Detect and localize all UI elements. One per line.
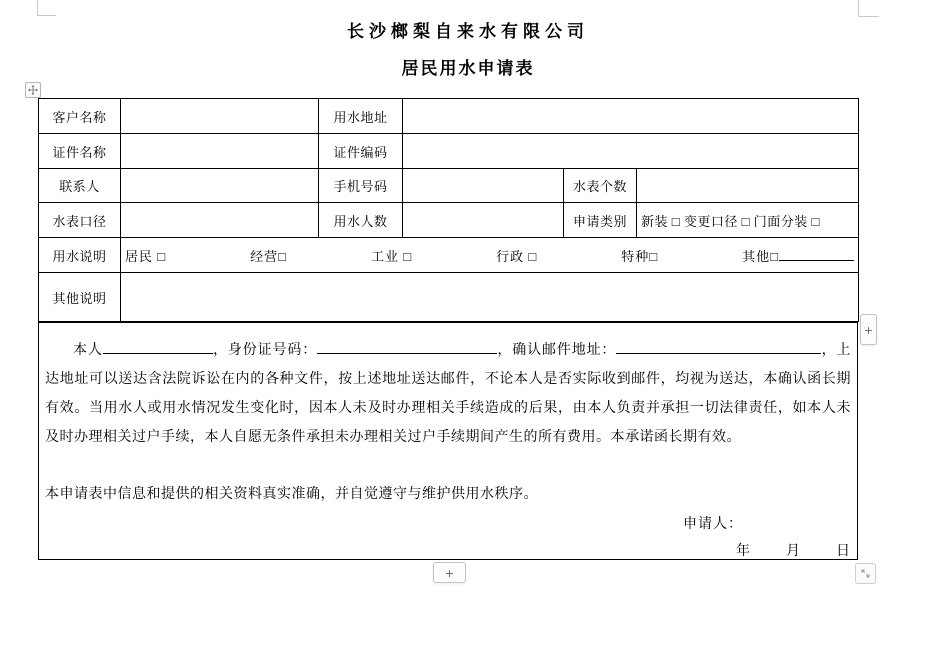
apply-type-label: 申请类别 — [564, 203, 637, 238]
usage-option-business[interactable]: 经营□ — [250, 246, 287, 265]
move-icon — [28, 85, 38, 95]
meter-count-label: 水表个数 — [564, 169, 637, 203]
usage-option-administrative[interactable]: 行政 □ — [496, 246, 537, 265]
form-title: 居民用水申请表 — [0, 54, 936, 79]
usage-options-cell[interactable]: 居民 □ 经营□ 工业 □ 行政 □ 特种□ 其他□ — [121, 238, 859, 273]
id-number-label: ，身份证号码： — [213, 343, 317, 358]
declaration-block: 本人，身份证号码：，确认邮件地址：，上达地址可以送达含法院诉讼在内的各种文件，按… — [38, 322, 858, 560]
applicant-label: 申请人： — [683, 513, 743, 533]
add-column-button[interactable]: + — [860, 314, 877, 345]
usage-option-other-label: 其他□ — [742, 249, 779, 264]
usage-other-blank-line[interactable] — [779, 248, 854, 261]
cert-name-field[interactable] — [121, 134, 319, 169]
date-month-label: 月 — [786, 540, 800, 560]
email-address-label: ，确认邮件地址： — [497, 343, 616, 358]
row-customer: 客户名称 用水地址 — [39, 99, 859, 134]
customer-name-field[interactable] — [121, 99, 319, 134]
table-move-handle[interactable] — [25, 82, 41, 98]
mobile-field[interactable] — [403, 169, 564, 203]
customer-name-label: 客户名称 — [39, 99, 121, 134]
add-row-button[interactable]: + — [433, 562, 466, 583]
contact-field[interactable] — [121, 169, 319, 203]
other-desc-field[interactable] — [121, 273, 859, 322]
id-number-blank-line[interactable] — [317, 340, 497, 354]
date-line: 年 月 日 — [736, 540, 850, 560]
resize-icon — [859, 567, 872, 580]
other-desc-label: 其他说明 — [39, 273, 121, 322]
date-year-label: 年 — [736, 540, 750, 560]
apply-type-options[interactable]: 新装 □ 变更口径 □ 门面分装 □ — [637, 203, 859, 238]
margin-mark-top-left — [37, 0, 56, 16]
water-users-field[interactable] — [403, 203, 564, 238]
meter-diameter-label: 水表口径 — [39, 203, 121, 238]
company-title: 长沙榔梨自来水有限公司 — [0, 17, 936, 42]
date-day-label: 日 — [836, 540, 850, 560]
row-usage: 用水说明 居民 □ 经营□ 工业 □ 行政 □ 特种□ 其他□ — [39, 238, 859, 273]
usage-label: 用水说明 — [39, 238, 121, 273]
declaration-paragraph: 本人，身份证号码：，确认邮件地址：，上达地址可以送达含法院诉讼在内的各种文件，按… — [39, 323, 857, 452]
cert-code-field[interactable] — [403, 134, 859, 169]
decl-lead: 本人 — [73, 343, 103, 358]
water-address-field[interactable] — [403, 99, 859, 134]
usage-option-industry[interactable]: 工业 □ — [371, 246, 412, 265]
application-form-table: 客户名称 用水地址 证件名称 证件编码 联系人 手机号码 水表个数 水表口径 用… — [38, 98, 859, 322]
usage-option-special[interactable]: 特种□ — [621, 246, 658, 265]
email-blank-line[interactable] — [616, 340, 821, 354]
row-other: 其他说明 — [39, 273, 859, 322]
confirm-statement: 本申请表中信息和提供的相关资料真实准确，并自觉遵守与维护供用水秩序。 — [45, 485, 538, 505]
row-meter: 水表口径 用水人数 申请类别 新装 □ 变更口径 □ 门面分装 □ — [39, 203, 859, 238]
decl-body-text: ，上达地址可以送达含法院诉讼在内的各种文件，按上述地址送达邮件，不论本人是否实际… — [45, 343, 851, 445]
contact-label: 联系人 — [39, 169, 121, 203]
mobile-label: 手机号码 — [319, 169, 403, 203]
row-certificate: 证件名称 证件编码 — [39, 134, 859, 169]
margin-mark-top-right — [858, 0, 879, 17]
water-address-label: 用水地址 — [319, 99, 403, 134]
name-blank-line[interactable] — [103, 340, 213, 354]
water-users-label: 用水人数 — [319, 203, 403, 238]
row-contact: 联系人 手机号码 水表个数 — [39, 169, 859, 203]
usage-option-other[interactable]: 其他□ — [742, 246, 854, 265]
table-resize-handle[interactable] — [855, 563, 876, 584]
cert-name-label: 证件名称 — [39, 134, 121, 169]
usage-option-resident[interactable]: 居民 □ — [125, 246, 166, 265]
meter-diameter-field[interactable] — [121, 203, 319, 238]
meter-count-field[interactable] — [637, 169, 859, 203]
cert-code-label: 证件编码 — [319, 134, 403, 169]
